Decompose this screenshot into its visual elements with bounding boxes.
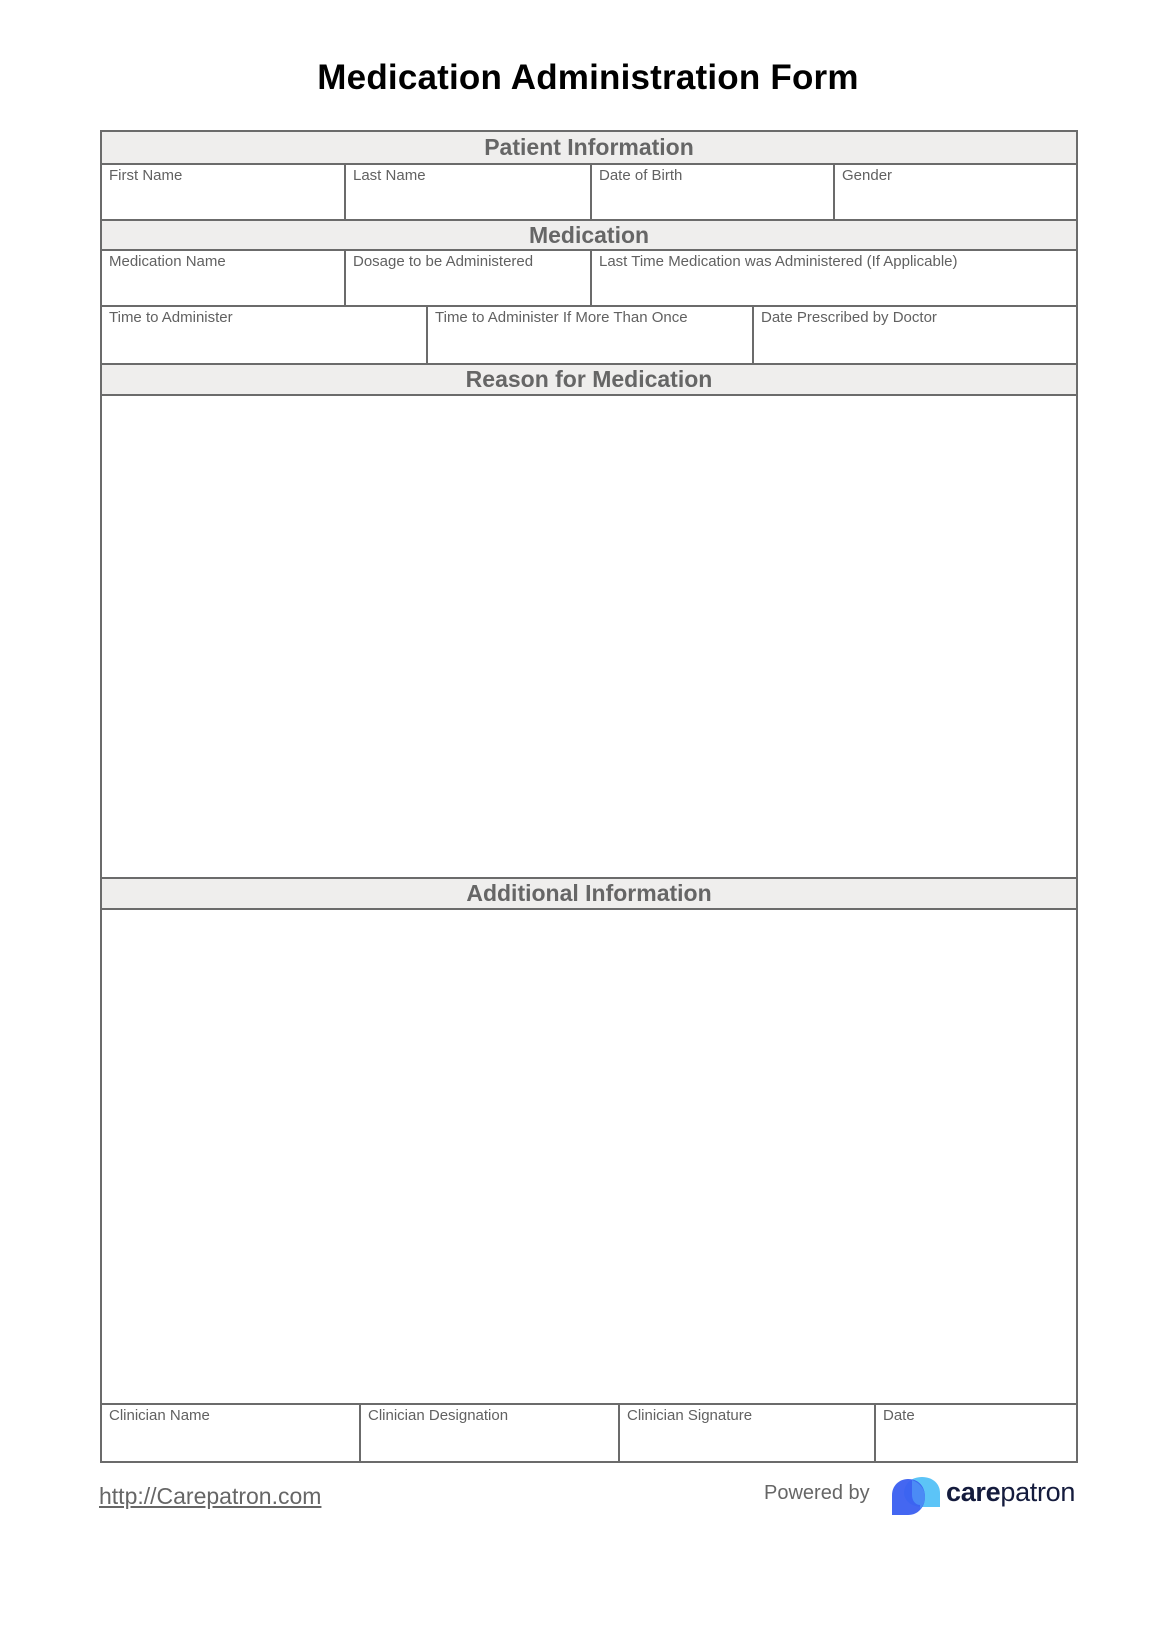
medication-name-field[interactable]: Medication Name [102,251,346,305]
patient-information-header: Patient Information [102,132,1076,165]
medication-name-label: Medication Name [109,253,337,270]
carepatron-wordmark: carepatron [946,1477,1075,1508]
page-title: Medication Administration Form [0,58,1176,98]
clinician-designation-field[interactable]: Clinician Designation [361,1405,620,1461]
last-administered-label: Last Time Medication was Administered (I… [599,253,1069,270]
last-name-label: Last Name [353,167,583,184]
clinician-name-field[interactable]: Clinician Name [102,1405,361,1461]
medication-row-1: Medication Name Dosage to be Administere… [102,251,1076,307]
reason-header: Reason for Medication [102,365,1076,396]
additional-information-header: Additional Information [102,879,1076,910]
medication-row-2: Time to Administer Time to Administer If… [102,307,1076,365]
medication-header: Medication [102,221,1076,251]
time-if-more-than-once-field[interactable]: Time to Administer If More Than Once [428,307,754,363]
time-to-administer-label: Time to Administer [109,309,419,326]
date-prescribed-field[interactable]: Date Prescribed by Doctor [754,307,1076,363]
carepatron-logo: carepatron [888,1475,1080,1517]
carepatron-logo-icon [888,1475,942,1517]
date-of-birth-label: Date of Birth [599,167,826,184]
carepatron-link[interactable]: http://Carepatron.com [99,1483,321,1510]
patient-row: First Name Last Name Date of Birth Gende… [102,165,1076,221]
date-prescribed-label: Date Prescribed by Doctor [761,309,1069,326]
medication-form: Patient Information First Name Last Name… [100,130,1078,1463]
time-if-more-than-once-label: Time to Administer If More Than Once [435,309,745,326]
brand-regular-text: patron [1000,1477,1075,1507]
first-name-field[interactable]: First Name [102,165,346,219]
clinician-row: Clinician Name Clinician Designation Cli… [102,1405,1076,1461]
clinician-date-field[interactable]: Date [876,1405,1076,1461]
brand-bold-text: care [946,1477,1000,1507]
first-name-label: First Name [109,167,337,184]
clinician-date-label: Date [883,1407,1069,1424]
dosage-field[interactable]: Dosage to be Administered [346,251,592,305]
clinician-name-label: Clinician Name [109,1407,352,1424]
powered-by-text: Powered by [764,1482,870,1505]
dosage-label: Dosage to be Administered [353,253,583,270]
reason-text-area[interactable] [102,396,1076,879]
last-administered-field[interactable]: Last Time Medication was Administered (I… [592,251,1076,305]
time-to-administer-field[interactable]: Time to Administer [102,307,428,363]
gender-label: Gender [842,167,1069,184]
last-name-field[interactable]: Last Name [346,165,592,219]
date-of-birth-field[interactable]: Date of Birth [592,165,835,219]
additional-information-text-area[interactable] [102,910,1076,1405]
clinician-designation-label: Clinician Designation [368,1407,611,1424]
gender-field[interactable]: Gender [835,165,1076,219]
clinician-signature-label: Clinician Signature [627,1407,867,1424]
clinician-signature-field[interactable]: Clinician Signature [620,1405,876,1461]
